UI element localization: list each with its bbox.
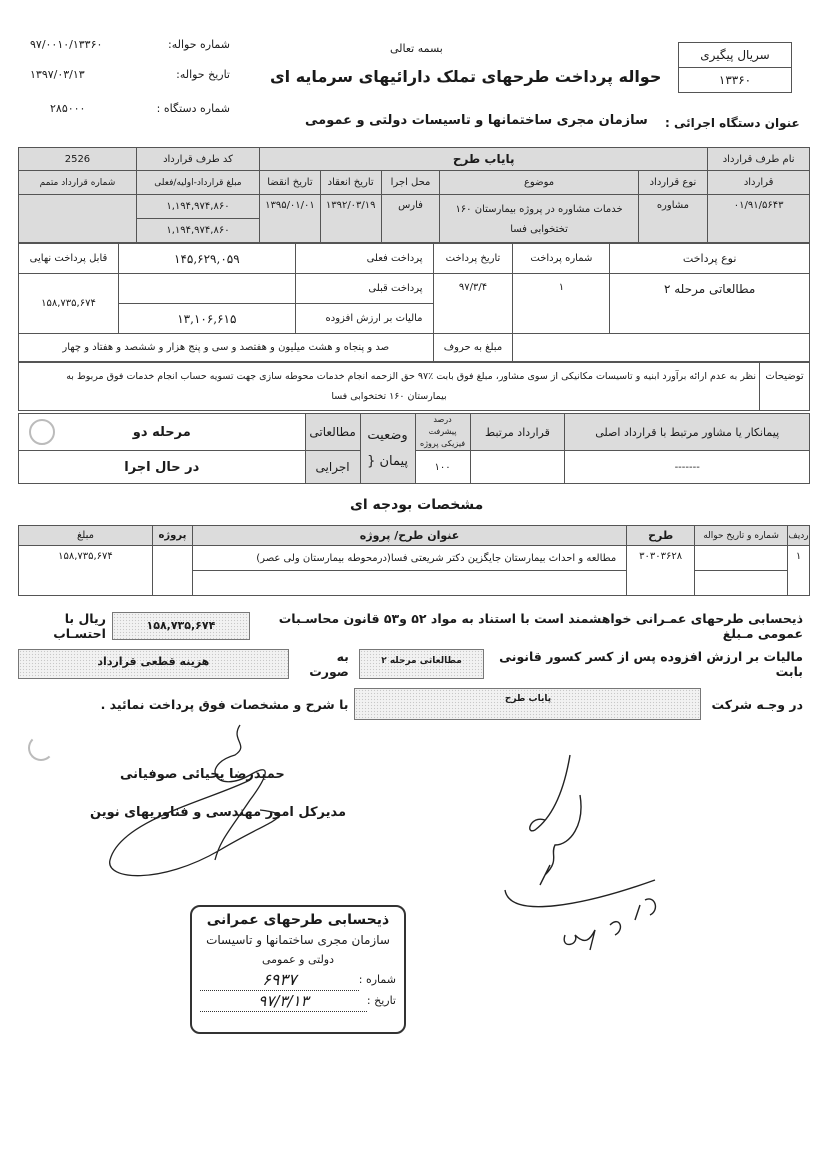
device-number-label: شماره دستگاه :	[157, 102, 230, 132]
status-label: وضعیت پیمان {	[360, 414, 415, 484]
th-row: ردیف	[788, 526, 810, 546]
header-left-info: شماره حواله: ۹۷/۰۰۱۰/۱۳۳۶۰ تاریخ حواله: …	[30, 38, 230, 132]
execution-value: در حال اجرا	[19, 451, 306, 484]
notes-table: توضیحات نظر به عدم ارائه برآورد ابنیه و …	[18, 362, 810, 411]
budget-title: مشخصات بودجه ای	[350, 497, 483, 513]
vat-amount: ۱۳,۱۰۶,۶۱۵	[118, 304, 295, 334]
amount-initial: ۱,۱۹۴,۹۷۴,۸۶۰	[136, 195, 259, 219]
handwritten-note	[495, 745, 695, 965]
related-contractor-label: پیمانکار یا مشاور مرتبط با قرارداد اصلی	[565, 414, 810, 451]
th-amount: مبلغ قرارداد-اولیه/فعلی	[136, 171, 259, 195]
progress-label: درصد پیشرفت فیزیکی پروژه	[415, 414, 470, 451]
row-plan: ۳۰۳۰۳۶۲۸	[627, 546, 695, 596]
draft-number: ۹۷/۰۰۱۰/۱۳۳۶۰	[30, 38, 102, 68]
previous-payment	[118, 274, 295, 304]
signature-scribble	[100, 720, 300, 890]
instruction-line-3: در وجـه شرکت پایاب طرح با شرح و مشخصات ف…	[18, 688, 803, 720]
instruction-text-1a: ذیحسابی طرحهای عمـرانی خواهشمند است با ا…	[258, 611, 803, 641]
progress-value: ۱۰۰	[415, 451, 470, 484]
contract-table: نام طرف قرارداد پایاب طرح کد طرف قرارداد…	[18, 147, 810, 243]
party-code: 2526	[19, 148, 137, 171]
draft-date-label: تاریخ حواله:	[176, 68, 230, 98]
th-conclusion-date: تاریخ انعقاد	[320, 171, 381, 195]
budget-table: ردیف شماره و تاریخ حواله طرح عنوان طرح/ …	[18, 525, 810, 596]
row-amount: ۱۵۸,۷۳۵,۶۷۴	[19, 546, 153, 596]
amount-words-label: مبلغ به حروف	[433, 334, 513, 362]
related-contract-label: قرارداد مرتبط	[470, 414, 565, 451]
stamp-date: ۹۷/۳/۱۳	[200, 991, 367, 1012]
serial-value: ۱۳۳۶۰	[679, 68, 791, 92]
contract-number: ۰۱/۹۱/۵۶۴۳	[708, 195, 810, 243]
expiry-date: ۱۳۹۵/۰۱/۰۱	[260, 195, 321, 243]
amount-words: صد و پنجاه و هشت میلیون و هفتصد و سی و پ…	[19, 334, 434, 362]
payment-date-label: تاریخ پرداخت	[433, 244, 513, 274]
contract-subject: خدمات مشاوره در پروژه بیمارستان ۱۶۰ تختخ…	[440, 195, 638, 243]
instruction-line-1: ذیحسابی طرحهای عمـرانی خواهشمند است با ا…	[18, 612, 803, 640]
th-plan: طرح	[627, 526, 695, 546]
row-project	[152, 546, 192, 596]
stamp-line-1: ذیحسابی طرحهای عمرانی	[192, 910, 404, 930]
draft-number-label: شماره حواله:	[168, 38, 230, 68]
stamp-date-label: تاریخ :	[367, 991, 396, 1012]
party-label: نام طرف قرارداد	[708, 148, 810, 171]
stamp-line-3: دولتی و عمومی	[192, 950, 404, 970]
th-subject: موضوع	[440, 171, 638, 195]
party-value: پایاب طرح	[260, 148, 708, 171]
page-title: حواله پرداخت طرحهای تملک دارائیهای سرمای…	[270, 67, 661, 86]
amount-current: ۱,۱۹۴,۹۷۴,۸۶۰	[136, 219, 259, 243]
organization-name: سازمان مجری ساختمانها و تاسیسات دولتی و …	[305, 113, 648, 128]
row-draft	[695, 546, 788, 571]
th-draft: شماره و تاریخ حواله	[695, 526, 788, 546]
payment-table: نوع پرداخت شماره پرداخت تاریخ پرداخت پرد…	[18, 243, 810, 362]
serial-box: سریال پیگیری ۱۳۳۶۰	[678, 42, 792, 93]
hole-punch-mark	[29, 419, 55, 445]
payment-date: ۹۷/۳/۴	[433, 274, 513, 334]
study-label: مطالعاتی	[305, 414, 360, 451]
th-contract: قرارداد	[708, 171, 810, 195]
stamp-number-label: شماره :	[359, 970, 396, 991]
row-title-extra	[192, 571, 626, 596]
stamp: ذیحسابی طرحهای عمرانی سازمان مجری ساختما…	[190, 905, 406, 1034]
cost-type-box: هزینه قطعی قرارداد	[18, 649, 289, 679]
current-payment-label: پرداخت فعلی	[295, 244, 433, 274]
supplement-number	[19, 195, 137, 243]
serial-label: سریال پیگیری	[679, 43, 791, 68]
conclusion-date: ۱۳۹۲/۰۳/۱۹	[320, 195, 381, 243]
final-payable: ۱۵۸,۷۳۵,۶۷۴	[19, 274, 119, 334]
device-number: ۲۸۵۰۰۰	[50, 102, 85, 132]
words-empty-cell	[513, 334, 810, 362]
instruction-line-2: مالیات بر ارزش افزوده پس از کسر کسور قان…	[18, 649, 803, 679]
th-expiry-date: تاریخ انقضا	[260, 171, 321, 195]
payment-type-label: نوع پرداخت	[610, 244, 810, 274]
contract-type: مشاوره	[638, 195, 708, 243]
party-code-label: کد طرف قرارداد	[136, 148, 259, 171]
row-title: مطالعه و احداث بیمارستان جایگزین دکتر شر…	[192, 546, 626, 571]
instruction-text-3a: در وجـه شرکت	[711, 697, 803, 712]
related-contractor: -------	[565, 451, 810, 484]
vat-label: مالیات بر ارزش افزوده	[295, 304, 433, 334]
row-number: ۱	[788, 546, 810, 596]
hole-punch-mark-2	[28, 735, 54, 761]
company-box: پایاب طرح	[354, 688, 701, 720]
final-payable-label: قابل پرداخت نهایی	[19, 244, 119, 274]
notes-line-1: نظر به عدم ارائه برآورد ابنیه و تاسیسات …	[22, 367, 756, 387]
notes-label: توضیحات	[760, 363, 810, 411]
instruction-text-2b: به صورت	[297, 649, 349, 679]
instruction-text-1b: ریال با احتسـاب	[18, 611, 106, 641]
amount-box: ۱۵۸,۷۳۵,۶۷۴	[112, 612, 250, 640]
current-payment: ۱۴۵,۶۲۹,۰۵۹	[118, 244, 295, 274]
stamp-number: ۶۹۳۷	[200, 970, 359, 991]
stamp-line-2: سازمان مجری ساختمانها و تاسیسات	[192, 930, 404, 950]
row-draft-extra	[695, 571, 788, 596]
payment-for-box: مطالعاتی مرحله ۲	[359, 649, 484, 679]
th-amount: مبلغ	[19, 526, 153, 546]
th-supplement: شماره قرارداد متمم	[19, 171, 137, 195]
th-project: پروژه	[152, 526, 192, 546]
execution-label: اجرایی	[305, 451, 360, 484]
status-table: پیمانکار یا مشاور مرتبط با قرارداد اصلی …	[18, 413, 810, 484]
payment-type: مطالعاتی مرحله ۲	[610, 274, 810, 334]
th-contract-type: نوع قرارداد	[638, 171, 708, 195]
contract-location: فارس	[381, 195, 440, 243]
study-value: مرحله دو	[133, 425, 191, 440]
payment-number: ۱	[513, 274, 610, 334]
instruction-text-3b: با شرح و مشخصات فوق پرداخت نمائید .	[101, 697, 349, 712]
previous-payment-label: پرداخت قبلی	[295, 274, 433, 304]
bismillah: بسمه تعالی	[390, 42, 443, 55]
executive-label: عنوان دستگاه اجرائی :	[665, 116, 800, 130]
budget-row: ۱ ۳۰۳۰۳۶۲۸ مطالعه و احداث بیمارستان جایگ…	[19, 546, 810, 571]
notes-line-2: بیمارستان ۱۶۰ تختخوابی فسا	[22, 387, 756, 407]
related-contract	[470, 451, 565, 484]
payment-number-label: شماره پرداخت	[513, 244, 610, 274]
th-title: عنوان طرح/ پروژه	[192, 526, 626, 546]
draft-date: ۱۳۹۷/۰۳/۱۳	[30, 68, 85, 98]
instruction-text-2a: مالیات بر ارزش افزوده پس از کسر کسور قان…	[492, 649, 803, 679]
th-location: محل اجرا	[381, 171, 440, 195]
